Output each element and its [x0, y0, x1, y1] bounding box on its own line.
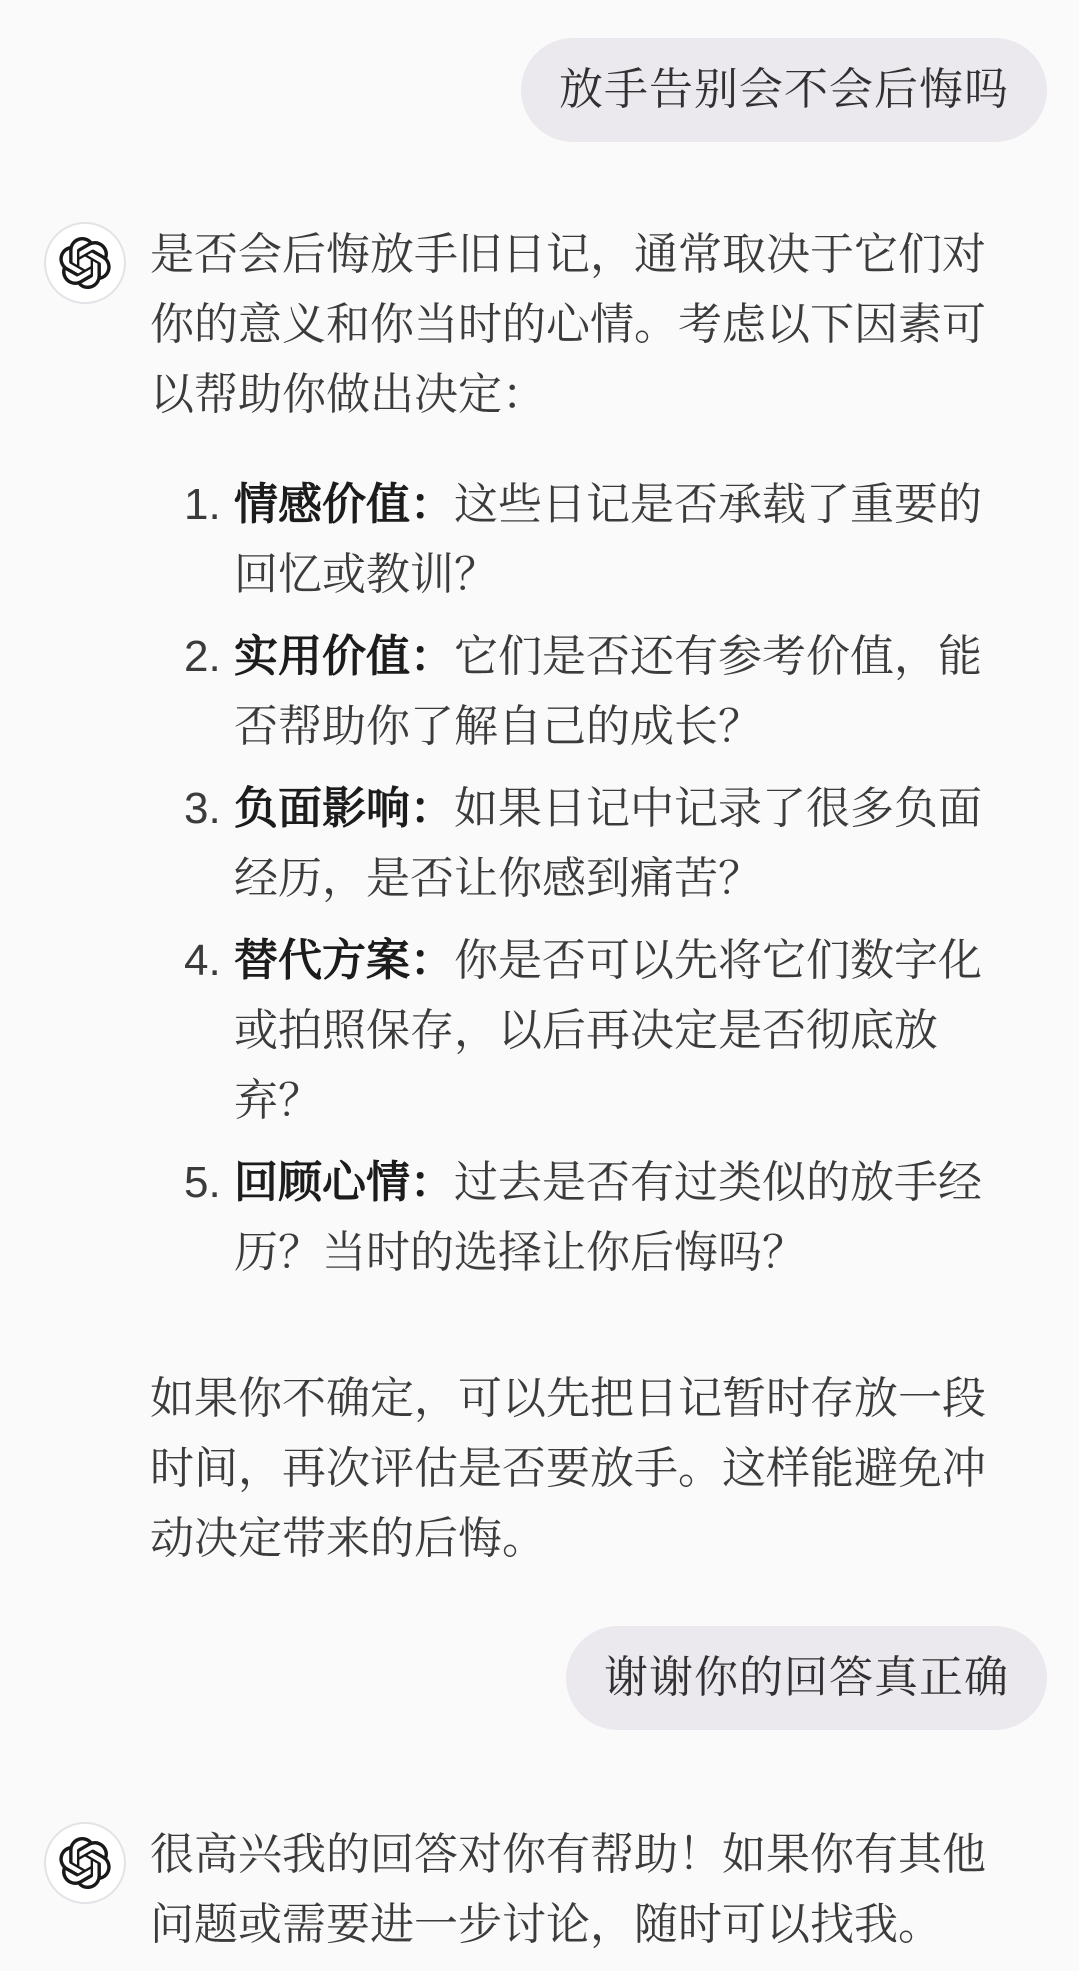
openai-logo-icon [59, 1837, 111, 1889]
list-item-text: 实用价值：它们是否还有参考价值，能否帮助你了解自己的成长？ [234, 622, 1018, 762]
list-item-text: 回顾心情：过去是否有过类似的放手经历？当时的选择让你后悔吗？ [234, 1148, 1018, 1288]
assistant-avatar [44, 222, 126, 304]
user-message-bubble: 放手告别会不会后悔吗 [521, 38, 1047, 142]
list-item-number: 5. [184, 1148, 234, 1288]
list-item-term: 回顾心情： [234, 1158, 454, 1207]
chat-conversation: 放手告别会不会后悔吗 是否会后悔放手旧日记，通常取决于它们对你的意义和你当时的心… [0, 0, 1079, 1971]
assistant-outro-paragraph: 如果你不确定，可以先把日记暂时存放一段时间，再次评估是否要放手。这样能避免冲动决… [150, 1364, 1018, 1574]
list-item: 3. 负面影响：如果日记中记录了很多负面经历，是否让你感到痛苦？ [150, 774, 1018, 914]
list-item-number: 2. [184, 622, 234, 762]
list-item-text: 负面影响：如果日记中记录了很多负面经历，是否让你感到痛苦？ [234, 774, 1018, 914]
list-item-term: 情感价值： [234, 480, 454, 529]
list-item: 5. 回顾心情：过去是否有过类似的放手经历？当时的选择让你后悔吗？ [150, 1148, 1018, 1288]
assistant-message-row: 很高兴我的回答对你有帮助！如果你有其他问题或需要进一步讨论，随时可以找我。 [44, 1820, 1047, 1960]
assistant-avatar [44, 1822, 126, 1904]
list-item: 1. 情感价值：这些日记是否承载了重要的回忆或教训？ [150, 470, 1018, 610]
list-item-term: 负面影响： [234, 784, 454, 833]
factor-list: 1. 情感价值：这些日记是否承载了重要的回忆或教训？ 2. 实用价值：它们是否还… [150, 470, 1018, 1288]
list-item: 2. 实用价值：它们是否还有参考价值，能否帮助你了解自己的成长？ [150, 622, 1018, 762]
list-item-number: 4. [184, 926, 234, 1136]
assistant-message-body: 是否会后悔放手旧日记，通常取决于它们对你的意义和你当时的心情。考虑以下因素可以帮… [150, 220, 1018, 1574]
list-item-term: 替代方案： [234, 936, 454, 985]
list-item-text: 情感价值：这些日记是否承载了重要的回忆或教训？ [234, 470, 1018, 610]
list-item-number: 3. [184, 774, 234, 914]
list-item: 4. 替代方案：你是否可以先将它们数字化或拍照保存，以后再决定是否彻底放弃？ [150, 926, 1018, 1136]
assistant-message-body: 很高兴我的回答对你有帮助！如果你有其他问题或需要进一步讨论，随时可以找我。 [150, 1820, 1018, 1960]
assistant-message-row: 是否会后悔放手旧日记，通常取决于它们对你的意义和你当时的心情。考虑以下因素可以帮… [44, 220, 1047, 1574]
user-message-row: 谢谢你的回答真正确 [44, 1626, 1047, 1730]
assistant-closing-paragraph: 很高兴我的回答对你有帮助！如果你有其他问题或需要进一步讨论，随时可以找我。 [150, 1820, 1018, 1960]
user-message-bubble: 谢谢你的回答真正确 [566, 1626, 1047, 1730]
list-item-number: 1. [184, 470, 234, 610]
openai-logo-icon [59, 237, 111, 289]
assistant-intro-paragraph: 是否会后悔放手旧日记，通常取决于它们对你的意义和你当时的心情。考虑以下因素可以帮… [150, 220, 1018, 430]
list-item-term: 实用价值： [234, 632, 454, 681]
user-message-row: 放手告别会不会后悔吗 [44, 38, 1047, 142]
list-item-text: 替代方案：你是否可以先将它们数字化或拍照保存，以后再决定是否彻底放弃？ [234, 926, 1018, 1136]
